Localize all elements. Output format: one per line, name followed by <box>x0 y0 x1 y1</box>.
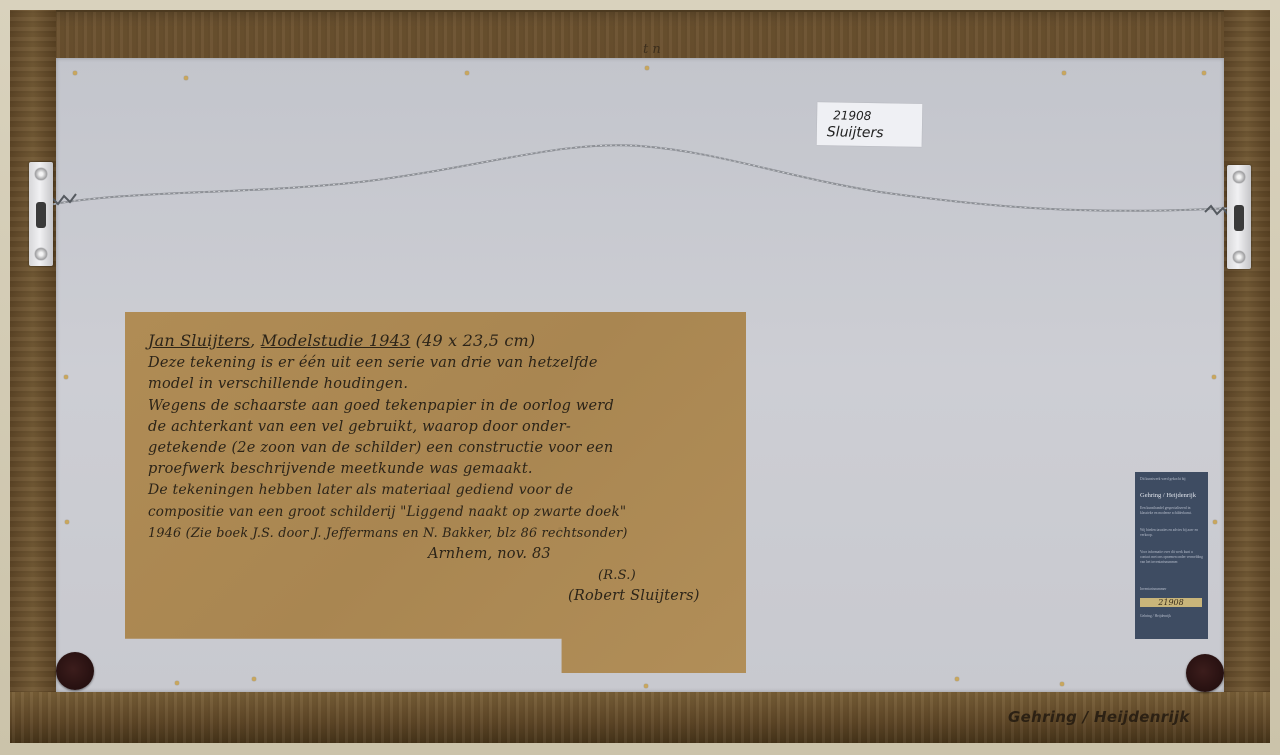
dealer-intro: Dit kunstwerk werd gekocht bij <box>1140 477 1204 482</box>
screw-icon <box>35 168 47 180</box>
note-line: compositie van een groot schilderij "Lig… <box>148 502 748 523</box>
note-line: Wegens de schaarste aan goed tekenpapier… <box>148 396 748 417</box>
bracket-slot <box>1234 205 1244 231</box>
note-signature-scribble: (R.S.) <box>148 565 748 586</box>
screw-icon <box>1233 251 1245 263</box>
note-work-title: Modelstudie 1943 <box>261 331 411 350</box>
note-line: model in verschillende houdingen. <box>148 374 748 395</box>
screw-icon <box>35 248 47 260</box>
note-line: 1946 (Zie boek J.S. door J. Jeffermans e… <box>148 523 748 544</box>
dealer-stock-label: Inventarisnummer <box>1140 587 1204 592</box>
note-signature: (Robert Sluijters) <box>148 586 748 607</box>
felt-bumper-right <box>1186 654 1224 692</box>
note-artist: Jan Sluijters <box>148 331 250 350</box>
felt-bumper-left <box>56 652 94 690</box>
screw-icon <box>1233 171 1245 183</box>
note-line: Deze tekening is er één uit een serie va… <box>148 353 748 374</box>
note-line: getekende (2e zoon van de schilder) een … <box>148 438 748 459</box>
note-dimensions: (49 x 23,5 cm) <box>416 331 536 350</box>
hanging-bracket-right <box>1227 165 1251 269</box>
note-line: de achterkant van een vel gebruikt, waar… <box>148 417 748 438</box>
note-line: proefwerk beschrijvende meetkunde was ge… <box>148 459 748 480</box>
dealer-paragraph: Wij bieden taxaties en advies bij aan- e… <box>1140 528 1204 538</box>
dealer-label: Dit kunstwerk werd gekocht bij Gehring /… <box>1135 472 1208 639</box>
note-title: Jan Sluijters, Modelstudie 1943 (49 x 23… <box>148 330 748 351</box>
handwritten-note: Jan Sluijters, Modelstudie 1943 (49 x 23… <box>148 330 748 608</box>
note-place-date: Arnhem, nov. 83 <box>148 544 748 565</box>
hanging-bracket-left <box>29 162 53 266</box>
dealer-paragraph: Voor informatie over dit werk kunt u con… <box>1140 550 1204 565</box>
dealer-brand: Gehring / Heijdenrijk <box>1140 492 1196 499</box>
frame-stamp: Gehring / Heijdenrijk <box>1008 708 1190 726</box>
dealer-stock-number: 21908 <box>1140 598 1202 607</box>
dealer-paragraph: Een kunsthandel gespecialiseerd in klass… <box>1140 506 1204 516</box>
bracket-slot <box>36 202 46 228</box>
dealer-footer: Gehring / Heijdenrijk <box>1140 614 1204 619</box>
note-line: De tekeningen hebben later als materiaal… <box>148 480 748 501</box>
